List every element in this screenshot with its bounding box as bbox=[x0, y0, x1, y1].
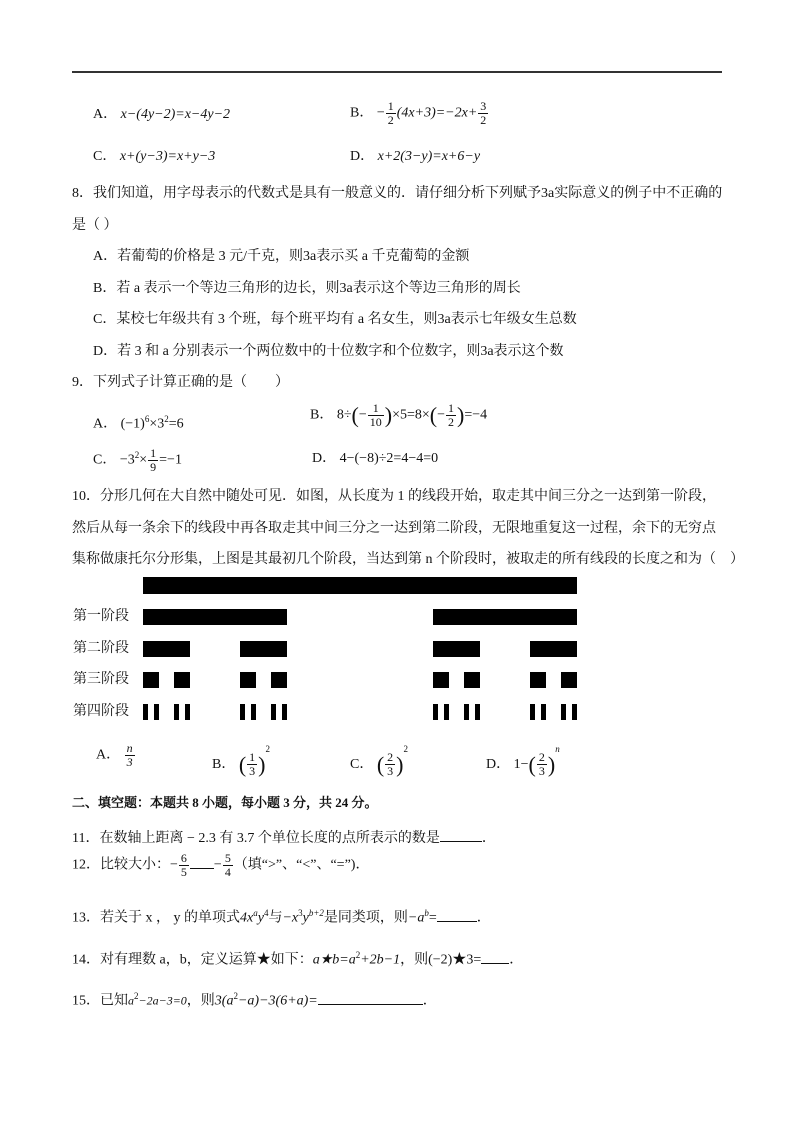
option-label: A． bbox=[96, 748, 120, 763]
numerator: 2 bbox=[385, 751, 395, 765]
fraction: 32 bbox=[478, 100, 488, 127]
option-expression: 4−(−8)÷2=4−4=0 bbox=[340, 451, 439, 466]
option-expression: x+2(3−y)=x+6−y bbox=[378, 149, 480, 164]
expr-part: ×3 bbox=[149, 417, 164, 432]
numerator: 6 bbox=[179, 852, 189, 866]
stage-label-3: 第三阶段 bbox=[73, 672, 129, 688]
q9-option-c: C． −32×19=−1 bbox=[93, 446, 182, 474]
q9-option-a: A． (−1)6×32=6 bbox=[93, 410, 184, 434]
stage-label-4: 第四阶段 bbox=[73, 704, 129, 720]
expr-part: (−1) bbox=[121, 417, 145, 432]
q10-option-a: A． n3 bbox=[96, 742, 136, 769]
question-text: 15．已知 bbox=[72, 994, 128, 1009]
option-label: B． bbox=[350, 106, 373, 121]
q8-option-b: B．若 a 表示一个等边三角形的边长，则3a表示这个等边三角形的周长 bbox=[93, 280, 521, 298]
question-text: 14．对有理数 a，b，定义运算★如下： bbox=[72, 953, 313, 968]
q9-option-b: B． 8÷(−110)×5=8×(−12)=−4 bbox=[310, 402, 487, 429]
q13: 13．若关于 x ， y 的单项式4xay4与−x3yb+2是同类项，则−ab=… bbox=[72, 904, 491, 928]
q15: 15．已知a2−2a−3=0，则3(a2−a)−3(6+a)=． bbox=[72, 987, 437, 1011]
fraction: 23 bbox=[385, 751, 395, 778]
denominator: 10 bbox=[368, 416, 384, 429]
exponent: 2 bbox=[404, 744, 409, 754]
option-label: C． bbox=[350, 757, 373, 772]
definition: a★b=a bbox=[313, 953, 356, 968]
numerator: 2 bbox=[537, 751, 547, 765]
expr-part: =−1 bbox=[159, 453, 182, 468]
fraction: n3 bbox=[125, 742, 135, 769]
fraction: 19 bbox=[148, 447, 158, 474]
expr-part: −3 bbox=[120, 453, 135, 468]
q11: 11．在数轴上距离 − 2.3 有 3.7 个单位长度的点所表示的数是． bbox=[72, 827, 496, 848]
denominator: 3 bbox=[385, 765, 395, 778]
q7-option-d: D． x+2(3−y)=x+6−y bbox=[350, 148, 480, 166]
expr-part: =−4 bbox=[464, 408, 487, 423]
q8-option-d: D．若 3 和 a 分别表示一个两位数中的十位数字和个位数字，则3a表示这个数 bbox=[93, 343, 564, 361]
fraction: 23 bbox=[537, 751, 547, 778]
option-expression: x+(y−3)=x+y−3 bbox=[120, 149, 215, 164]
fraction: 54 bbox=[223, 852, 233, 879]
option-label: B． bbox=[212, 757, 235, 772]
cantor-stage4-segment bbox=[561, 704, 566, 720]
option-label: C． bbox=[93, 149, 116, 164]
cantor-stage4-segment bbox=[464, 704, 469, 720]
q7-option-c: C． x+(y−3)=x+y−3 bbox=[93, 148, 215, 166]
denominator: 2 bbox=[386, 114, 396, 127]
cantor-stage3-segment bbox=[433, 672, 449, 688]
denominator: 2 bbox=[478, 114, 488, 127]
equals: = bbox=[429, 911, 437, 926]
cantor-stage4-segment bbox=[541, 704, 546, 720]
denominator: 3 bbox=[247, 765, 257, 778]
exponent: 2 bbox=[266, 744, 271, 754]
definition: +2b−1 bbox=[360, 953, 400, 968]
question-text: 是同类项，则 bbox=[324, 911, 408, 926]
expr-part: ×5=8× bbox=[392, 408, 430, 423]
cantor-stage2-segment bbox=[240, 641, 287, 657]
answer-blank[interactable] bbox=[437, 907, 477, 922]
q14: 14．对有理数 a，b，定义运算★如下：a★b=a2+2b−1，则(−2)★3=… bbox=[72, 946, 523, 970]
cantor-stage3-segment bbox=[174, 672, 190, 688]
q7-option-b: B． −12(4x+3)=−2x+32 bbox=[350, 100, 489, 127]
denominator: 9 bbox=[148, 461, 158, 474]
cantor-stage4-segment bbox=[185, 704, 190, 720]
term: −x bbox=[282, 911, 298, 926]
answer-blank[interactable] bbox=[481, 949, 509, 964]
header-rule bbox=[72, 71, 722, 73]
cantor-stage4-segment bbox=[282, 704, 287, 720]
section-2-title: 二、填空题：本题共 8 小题，每小题 3 分，共 24 分。 bbox=[72, 794, 378, 812]
question-text: 11．在数轴上距离 − 2.3 有 3.7 个单位长度的点所表示的数是 bbox=[72, 831, 440, 846]
q8-option-c: C．某校七年级共有 3 个班，每个班平均有 a 名女生，则3a表示七年级女生总数 bbox=[93, 311, 577, 329]
stage-label-1: 第一阶段 bbox=[73, 609, 129, 625]
period: ． bbox=[482, 831, 496, 846]
option-label: A． bbox=[93, 107, 117, 122]
period: ． bbox=[423, 994, 437, 1009]
cantor-stage4-segment bbox=[572, 704, 577, 720]
numerator: 1 bbox=[148, 447, 158, 461]
cantor-stage4-segment bbox=[475, 704, 480, 720]
q8-stem-line1: 8．我们知道，用字母表示的代数式是具有一般意义的．请仔细分析下列赋予3a实际意义… bbox=[72, 185, 722, 203]
fraction: 13 bbox=[247, 751, 257, 778]
q10-line1: 10．分形几何在大自然中随处可见．如图，从长度为 1 的线段开始，取走其中间三分… bbox=[72, 488, 716, 506]
cantor-stage2-segment bbox=[143, 641, 190, 657]
cantor-initial-segment bbox=[143, 577, 577, 594]
q7-option-a: A． x−(4y−2)=x−4y−2 bbox=[93, 106, 230, 124]
cantor-stage1-segment bbox=[143, 609, 287, 625]
term: −a bbox=[408, 911, 424, 926]
expr-part: 8÷ bbox=[337, 408, 352, 423]
numerator: 1 bbox=[247, 751, 257, 765]
q10-line3: 集称做康托尔分形集，上图是其最初几个阶段，当达到第 n 个阶段时，被取走的所有线… bbox=[72, 551, 744, 569]
cantor-stage3-segment bbox=[271, 672, 287, 688]
cantor-stage4-segment bbox=[251, 704, 256, 720]
cantor-stage2-segment bbox=[433, 641, 480, 657]
question-hint: （填“>”、“<”、“=”)． bbox=[234, 858, 370, 873]
cantor-stage4-segment bbox=[174, 704, 179, 720]
option-label: D． bbox=[312, 451, 336, 466]
cantor-stage3-segment bbox=[561, 672, 577, 688]
cantor-stage1-segment bbox=[433, 609, 577, 625]
fraction: 110 bbox=[368, 402, 384, 429]
stage-label-2: 第二阶段 bbox=[73, 641, 129, 657]
q8-option-a: A．若葡萄的价格是 3 元/千克，则3a表示买 a 千克葡萄的金额 bbox=[93, 248, 469, 266]
numerator: 1 bbox=[368, 402, 384, 416]
cantor-stage4-segment bbox=[444, 704, 449, 720]
minus-sign: − bbox=[377, 106, 385, 121]
cantor-stage3-segment bbox=[143, 672, 159, 688]
q12: 12．比较大小：−65−54（填“>”、“<”、“=”)． bbox=[72, 852, 369, 879]
q10-line2: 然后从每一条余下的线段中再各取走其中间三分之一达到第二阶段，无限地重复这一过程，… bbox=[72, 520, 716, 538]
numerator: n bbox=[125, 742, 135, 756]
cantor-stage3-segment bbox=[464, 672, 480, 688]
expression: −a)−3(6+a)= bbox=[238, 994, 318, 1009]
numerator: 1 bbox=[386, 100, 396, 114]
cantor-stage4-segment bbox=[433, 704, 438, 720]
q9-option-d: D． 4−(−8)÷2=4−4=0 bbox=[312, 450, 438, 468]
numerator: 5 bbox=[223, 852, 233, 866]
option-expression: (4x+3)=−2x+ bbox=[397, 106, 478, 121]
option-label: D． bbox=[486, 757, 510, 772]
answer-blank[interactable] bbox=[190, 859, 214, 869]
period: ． bbox=[477, 911, 491, 926]
question-text: ，则 bbox=[187, 994, 215, 1009]
exponent: b+2 bbox=[309, 908, 324, 918]
cantor-stage4-segment bbox=[154, 704, 159, 720]
numerator: 1 bbox=[446, 402, 456, 416]
denominator: 5 bbox=[179, 866, 189, 879]
question-text: ，则 bbox=[400, 953, 428, 968]
cantor-stage4-segment bbox=[240, 704, 245, 720]
q8-stem-line2: 是（ ） bbox=[72, 217, 118, 235]
denominator: 3 bbox=[125, 756, 135, 769]
option-label: B． bbox=[310, 408, 333, 423]
numerator: 3 bbox=[478, 100, 488, 114]
term: 4x bbox=[240, 911, 253, 926]
fraction: 12 bbox=[386, 100, 396, 127]
cantor-stage4-segment bbox=[530, 704, 535, 720]
expr-part: × bbox=[139, 453, 147, 468]
cantor-stage4-segment bbox=[143, 704, 148, 720]
question-text: 12．比较大小： bbox=[72, 858, 170, 873]
expression: (−2)★3= bbox=[428, 953, 481, 968]
cantor-stage4-segment bbox=[271, 704, 276, 720]
option-expression: x−(4y−2)=x−4y−2 bbox=[121, 107, 230, 122]
q10-option-d: D． 1−(23)n bbox=[486, 740, 560, 778]
fraction: 12 bbox=[446, 402, 456, 429]
option-label: A． bbox=[93, 417, 117, 432]
denominator: 4 bbox=[223, 866, 233, 879]
q10-option-b: B． (13)2 bbox=[212, 740, 270, 778]
q9-stem: 9．下列式子计算正确的是（ ） bbox=[72, 374, 289, 392]
expression: 3(a bbox=[215, 994, 234, 1009]
denominator: 3 bbox=[537, 765, 547, 778]
answer-blank[interactable] bbox=[440, 827, 482, 842]
question-text: 13．若关于 x ， y 的单项式 bbox=[72, 911, 240, 926]
cantor-stage2-segment bbox=[530, 641, 577, 657]
denominator: 2 bbox=[446, 416, 456, 429]
option-label: D． bbox=[350, 149, 374, 164]
period: ． bbox=[509, 953, 523, 968]
q10-option-c: C． (23)2 bbox=[350, 740, 408, 778]
condition: −2a−3=0 bbox=[139, 994, 187, 1008]
expr-part: 1− bbox=[514, 757, 529, 772]
question-text: 与 bbox=[268, 911, 282, 926]
cantor-stage3-segment bbox=[240, 672, 256, 688]
fraction: 65 bbox=[179, 852, 189, 879]
option-label: C． bbox=[93, 453, 116, 468]
expr-part: =6 bbox=[169, 417, 184, 432]
exponent: n bbox=[555, 744, 560, 754]
answer-blank[interactable] bbox=[318, 990, 423, 1005]
cantor-stage3-segment bbox=[530, 672, 546, 688]
